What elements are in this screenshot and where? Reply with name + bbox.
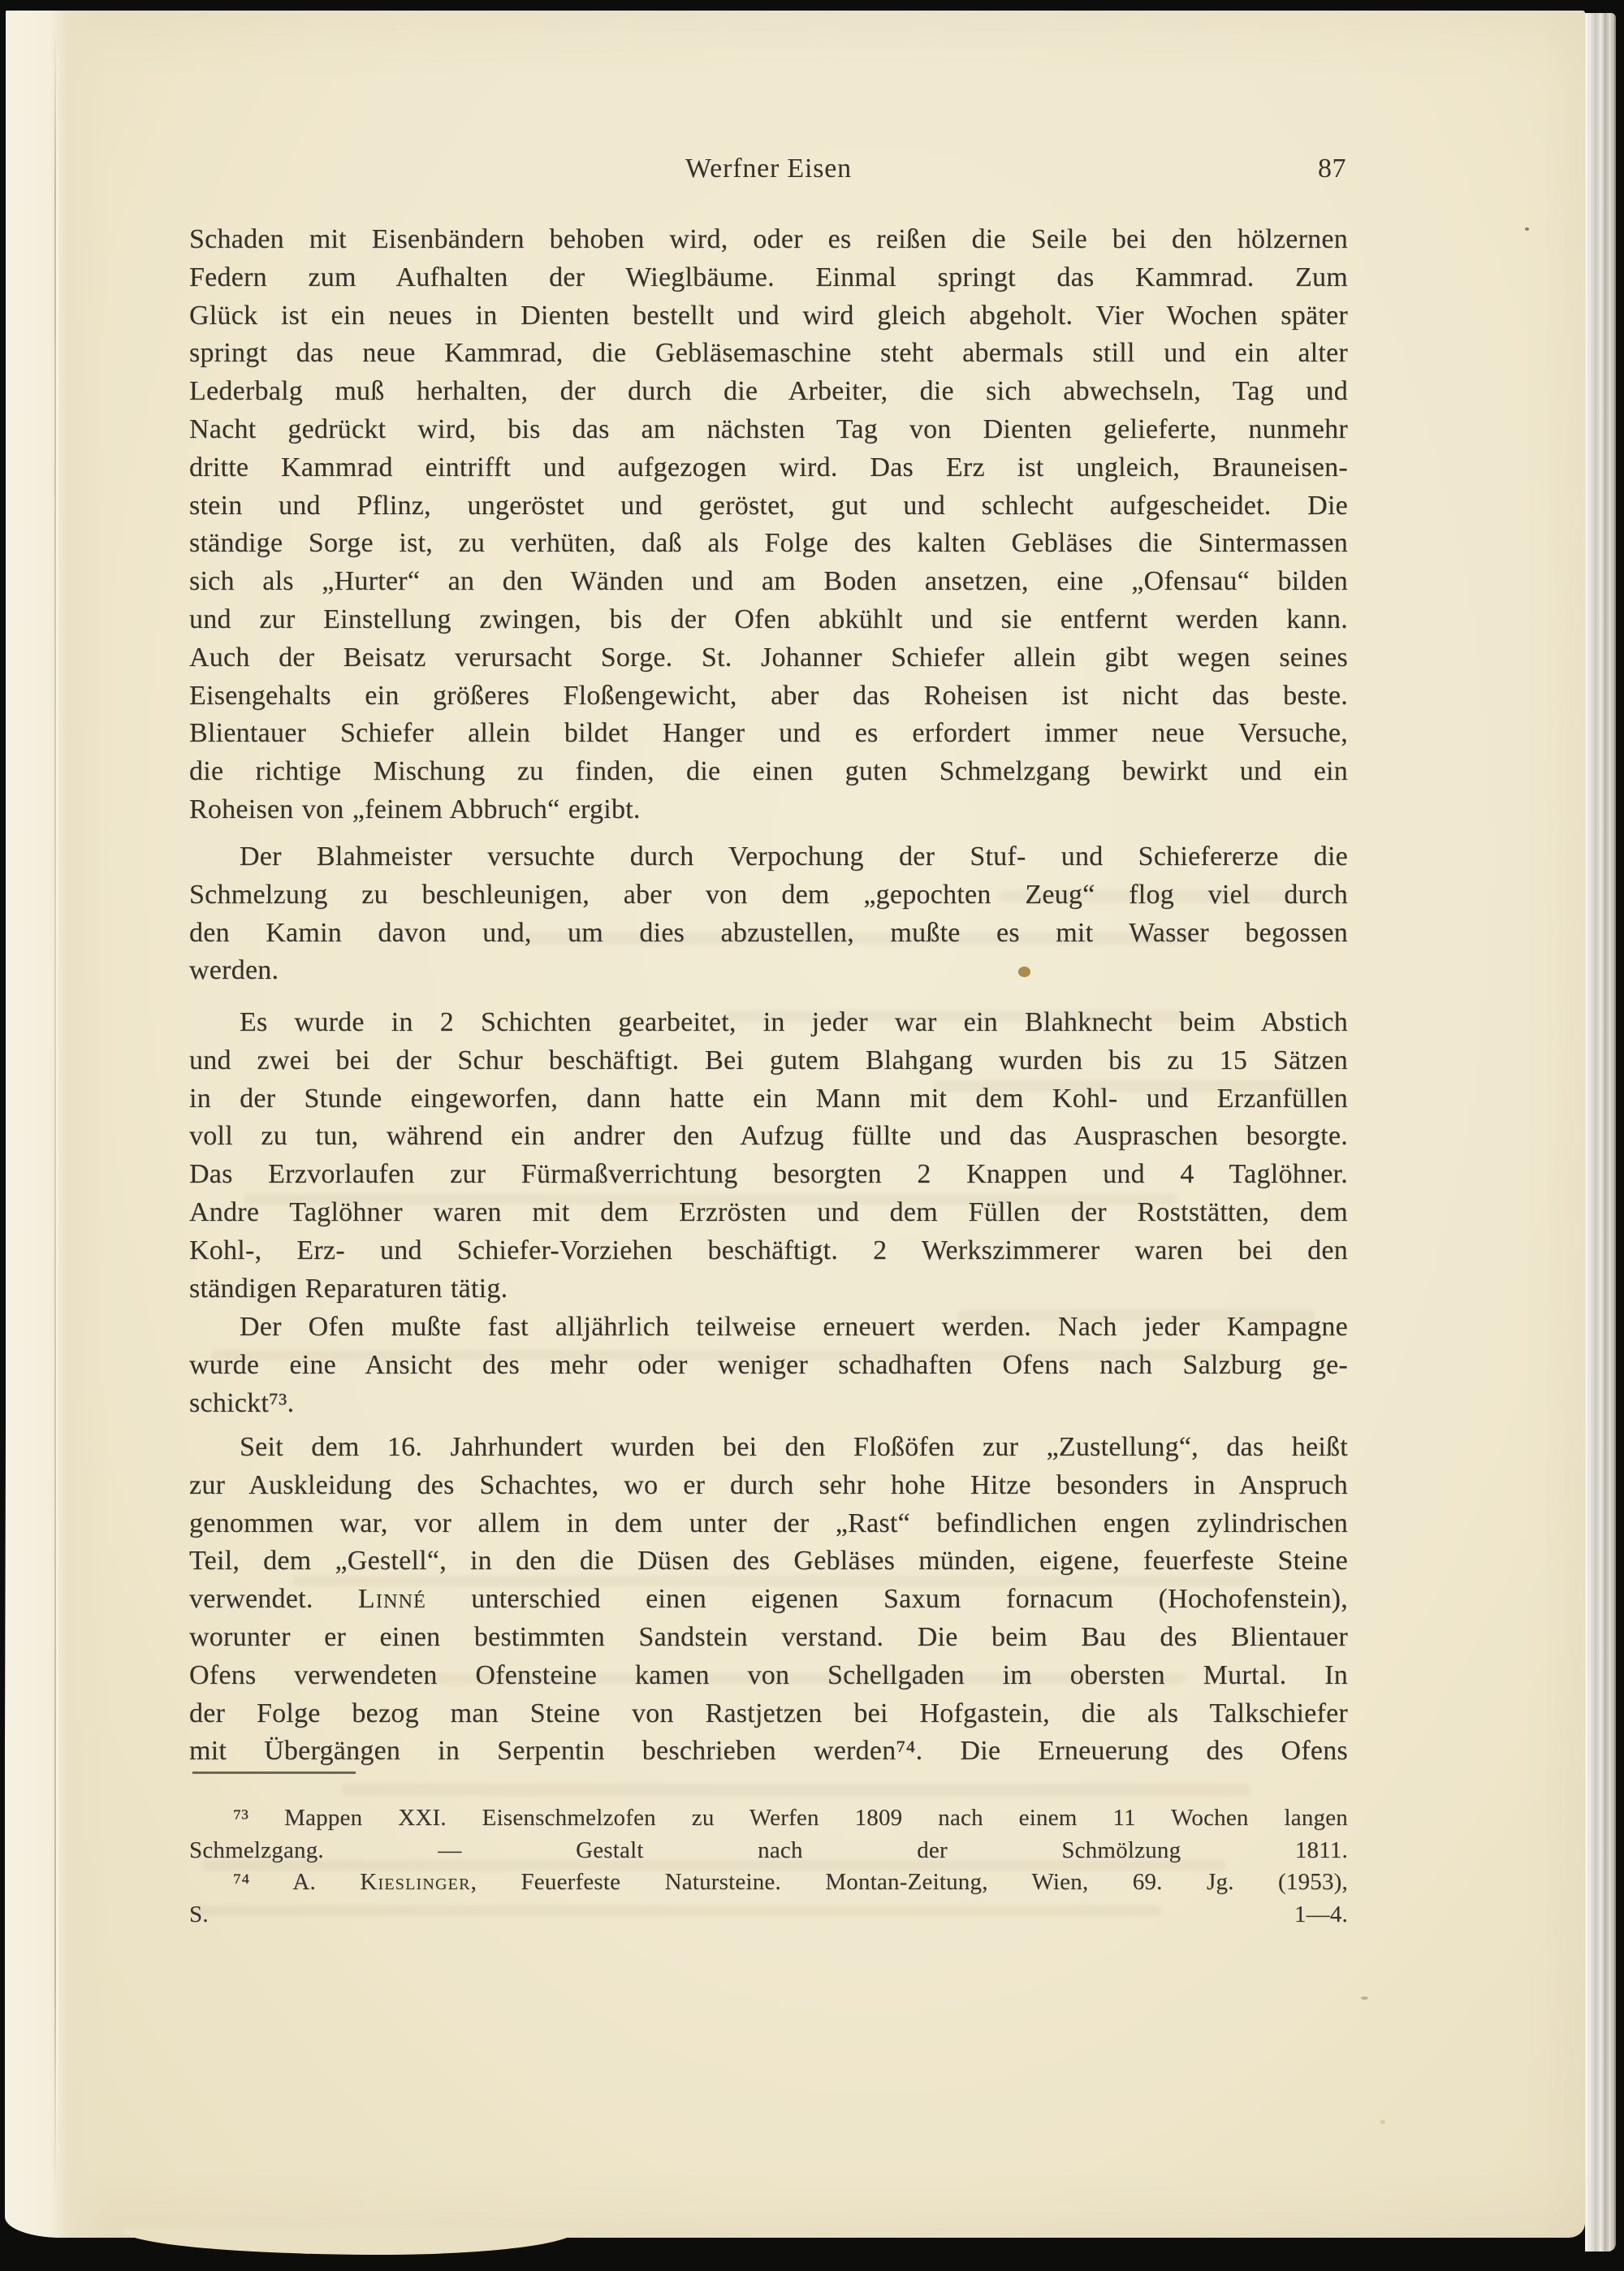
text-line: Das Erzvorlaufen zur Fürmaßverrichtung b… <box>189 1156 1348 1194</box>
page-title: Werfner Eisen <box>189 150 1348 188</box>
text-line: worunter er einen bestimmten Sandstein v… <box>189 1619 1348 1657</box>
text-line: der Folge bezog man Steine von Rastjetze… <box>189 1695 1348 1733</box>
text-line: Der Blahmeister versuchte durch Verpochu… <box>189 838 1348 876</box>
paragraph: Der Blahmeister versuchte durch Verpochu… <box>189 838 1348 990</box>
text-line: und zur Einstellung zwingen, bis der Ofe… <box>189 601 1348 639</box>
text-line: genommen war, vor allem in dem unter der… <box>189 1505 1348 1543</box>
foxing-speck <box>1018 967 1030 977</box>
text-line: den Kamin davon und, um dies abzustellen… <box>189 915 1348 953</box>
text-segment: verwendet. <box>189 1584 358 1614</box>
paragraph: Schaden mit Eisenbändern behoben wird, o… <box>189 221 1348 829</box>
text-line: Es wurde in 2 Schichten gearbeitet, in j… <box>189 1004 1348 1042</box>
text-line: sich als „Hurter“ an den Wänden und am B… <box>189 563 1348 601</box>
text-line: Auch der Beisatz verursacht Sorge. St. J… <box>189 639 1348 677</box>
footnote-line: ⁷⁴ A. Kieslinger, Feuerfeste Natursteine… <box>189 1867 1348 1899</box>
text-line: wurde eine Ansicht des mehr oder weniger… <box>189 1347 1348 1385</box>
text-line: verwendet. Linné unterschied einen eigen… <box>189 1581 1348 1619</box>
text-line: Lederbalg muß herhalten, der durch die A… <box>189 373 1348 411</box>
text-line: mit Übergängen in Serpentin beschrieben … <box>189 1732 1348 1771</box>
text-segment: unterschied einen eigenen Saxum fornacum… <box>426 1584 1348 1614</box>
showthrough-streak <box>341 1784 1250 1796</box>
text-line: springt das neue Kammrad, die Gebläsemas… <box>189 335 1348 373</box>
text-line: Ofens verwendeten Ofensteine kamen von S… <box>189 1657 1348 1695</box>
text-line: Nacht gedrückt wird, bis das am nächsten… <box>189 411 1348 449</box>
author-name-smallcaps: Kieslinger <box>360 1869 470 1895</box>
text-line: voll zu tun, während ein andrer den Aufz… <box>189 1118 1348 1156</box>
paragraph: Der Ofen mußte fast alljährlich teilweis… <box>189 1309 1348 1422</box>
text-line: Schaden mit Eisenbändern behoben wird, o… <box>189 221 1348 259</box>
text-line: schickt⁷³. <box>189 1385 1348 1423</box>
text-line: Seit dem 16. Jahrhundert wurden bei den … <box>189 1429 1348 1467</box>
text-line: Glück ist ein neues in Dienten bestellt … <box>189 297 1348 335</box>
text-line: stein und Pflinz, ungeröstet und geröste… <box>189 487 1348 526</box>
footnote-separator-rule <box>192 1771 356 1774</box>
text-line: Eisengehalts ein größeres Floßengewicht,… <box>189 677 1348 716</box>
paper-speck <box>1525 227 1529 231</box>
footnote-line: ⁷³ Mappen XXI. Eisenschmelzofen zu Werfe… <box>189 1802 1348 1835</box>
text-line: und zwei bei der Schur beschäftigt. Bei … <box>189 1042 1348 1080</box>
book-photo: { "doc": { "header": { "title": "Werfner… <box>0 0 1624 2271</box>
text-segment: ⁷⁴ A. <box>233 1869 360 1895</box>
text-line: Der Ofen mußte fast alljährlich teilweis… <box>189 1309 1348 1347</box>
page-content: Werfner Eisen 87 Schaden mit Eisenbänder… <box>0 0 1624 2271</box>
author-name-smallcaps: Linné <box>358 1584 426 1614</box>
text-line: Federn zum Aufhalten der Wieglbäume. Ein… <box>189 259 1348 297</box>
text-line: die richtige Mischung zu finden, die ein… <box>189 753 1348 791</box>
text-line: ständige Sorge ist, zu verhüten, daß als… <box>189 525 1348 563</box>
text-line: Roheisen von „feinem Abbruch“ ergibt. <box>189 791 1348 829</box>
footnote-line: S. 1—4. <box>189 1899 1348 1931</box>
text-line: Blientauer Schiefer allein bildet Hanger… <box>189 715 1348 753</box>
page-number: 87 <box>1318 150 1346 188</box>
text-line: Schmelzung zu beschleunigen, aber von de… <box>189 876 1348 915</box>
running-header: Werfner Eisen 87 <box>189 150 1348 188</box>
text-line: zur Auskleidung des Schachtes, wo er dur… <box>189 1467 1348 1505</box>
paper-speck <box>1361 1996 1368 2000</box>
paragraph: Es wurde in 2 Schichten gearbeitet, in j… <box>189 1004 1348 1308</box>
text-line: werden. <box>189 952 1348 990</box>
text-segment: , Feuerfeste Natursteine. Montan-Zeitung… <box>471 1869 1348 1895</box>
text-line: dritte Kammrad eintrifft und aufgezogen … <box>189 449 1348 487</box>
text-line: Teil, dem „Gestell“, in den die Düsen de… <box>189 1542 1348 1581</box>
paragraph: Seit dem 16. Jahrhundert wurden bei den … <box>189 1429 1348 1771</box>
text-line: Kohl-, Erz- und Schiefer-Vorziehen besch… <box>189 1232 1348 1270</box>
footnotes: ⁷³ Mappen XXI. Eisenschmelzofen zu Werfe… <box>189 1802 1348 1931</box>
text-line: in der Stunde eingeworfen, dann hatte ei… <box>189 1080 1348 1118</box>
text-line: ständigen Reparaturen tätig. <box>189 1270 1348 1309</box>
footnote-line: Schmelzgang. — Gestalt nach der Schmölzu… <box>189 1835 1348 1867</box>
text-line: Andre Taglöhner waren mit dem Erzrösten … <box>189 1194 1348 1232</box>
paper-speck <box>1380 2120 1385 2124</box>
